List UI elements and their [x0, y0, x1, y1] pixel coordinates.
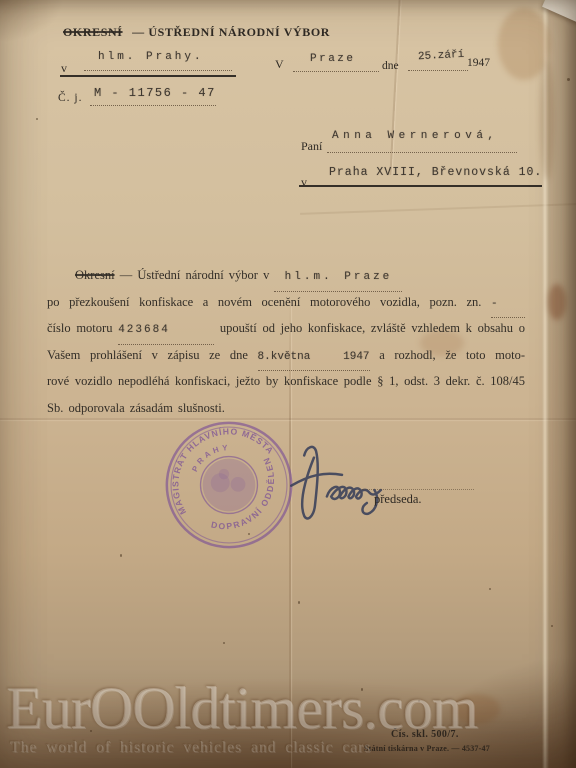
- city-label: V: [275, 57, 284, 72]
- letterhead-issuer-struck: OKRESNÍ: [63, 25, 123, 39]
- speck: [551, 625, 553, 627]
- body-line-3-print-a: číslo motoru: [47, 321, 112, 335]
- speck: [223, 642, 225, 644]
- date-typed: 25.září: [418, 49, 465, 63]
- stain: [548, 284, 566, 320]
- body-line-3-field: 423684: [118, 315, 214, 345]
- crease-horizontal-2: [300, 203, 576, 215]
- dotted-rule: [293, 70, 379, 72]
- watermark-brand: EurOOldtimers.com: [6, 674, 576, 743]
- document-photo: OKRESNÍ — ÚSTŘEDNÍ NÁRODNÍ VÝBOR hlm. Pr…: [0, 0, 576, 768]
- recipient-address-typed: Praha XVIII, Břevnovská 10.: [329, 166, 542, 179]
- dotted-rule: [84, 69, 232, 71]
- file-number-label: Č. j.: [58, 92, 83, 104]
- speck: [567, 78, 570, 81]
- date-label: dne: [382, 60, 399, 72]
- body-line-2-print: po přezkoušení konfiskace a novém oceněn…: [47, 295, 481, 309]
- dotted-rule: [90, 104, 216, 106]
- dotted-rule: [362, 488, 474, 490]
- speck: [298, 601, 300, 604]
- recipient-name-typed: Anna Wernerová,: [332, 130, 499, 142]
- stain: [540, 60, 554, 180]
- letterhead-title: OKRESNÍ — ÚSTŘEDNÍ NÁRODNÍ VÝBOR: [63, 25, 330, 40]
- issued-in-label: v: [61, 61, 67, 76]
- body-line-4-print-b: a rozhodl, že toto moto-: [379, 348, 525, 362]
- signature: [288, 442, 396, 524]
- city-typed: Praze: [310, 53, 356, 65]
- letterhead-issuer-rest: — ÚSTŘEDNÍ NÁRODNÍ VÝBOR: [132, 25, 330, 39]
- body-issuer-typed-field: hl.m. Praze: [274, 262, 402, 292]
- crease-vertical-top: [389, 0, 400, 175]
- imprint-printer: Státní tiskárna v Praze. — 4537-47: [364, 744, 490, 753]
- recipient-salutation: Paní: [301, 139, 322, 154]
- body-line-5-print: rové vozidlo nepodléhá konfiskaci, ježto…: [47, 374, 525, 388]
- recipient-in-label: v: [301, 175, 307, 190]
- watermark-tagline: The world of historic vehicles and class…: [10, 739, 371, 757]
- issued-in-typed: hlm. Prahy.: [98, 51, 204, 63]
- body-line-4-field: 8.května 1947: [258, 342, 370, 372]
- speck: [489, 588, 491, 590]
- rule: [299, 185, 542, 187]
- body-line-2-field: -: [491, 289, 525, 319]
- body-line-4-print-a: Vašem prohlášení v zápisu ze dne: [47, 348, 248, 362]
- body-line-3: číslo motoru 423684 upouští od jeho konf…: [47, 315, 525, 342]
- body-line-3-print-b: upouští od jeho konfiskace, zvláště vzhl…: [220, 321, 525, 335]
- body-line-5: rové vozidlo nepodléhá konfiskaci, ježto…: [47, 368, 525, 395]
- file-number-typed: M - 11756 - 47: [94, 86, 216, 100]
- rule: [60, 75, 236, 77]
- speck: [120, 554, 122, 557]
- body-line-2: po přezkoušení konfiskace a novém oceněn…: [47, 289, 525, 316]
- signer-role: předseda.: [374, 492, 422, 507]
- dotted-rule: [327, 151, 517, 153]
- dotted-rule: [408, 69, 468, 71]
- body-line-1: Okresní — Ústřední národní výbor v hl.m.…: [47, 262, 525, 289]
- body-issuer-print: — Ústřední národní výbor v: [120, 268, 270, 282]
- date-year: 1947: [467, 57, 490, 69]
- body-line-4: Vašem prohlášení v zápisu ze dne 8.květn…: [47, 342, 525, 369]
- body-paragraph: Okresní — Ústřední národní výbor v hl.m.…: [47, 262, 525, 421]
- speck: [36, 118, 38, 120]
- body-issuer-struck: Okresní: [75, 268, 115, 282]
- body-line-6: Sb. odporovala zásadám slušnosti.: [47, 395, 525, 422]
